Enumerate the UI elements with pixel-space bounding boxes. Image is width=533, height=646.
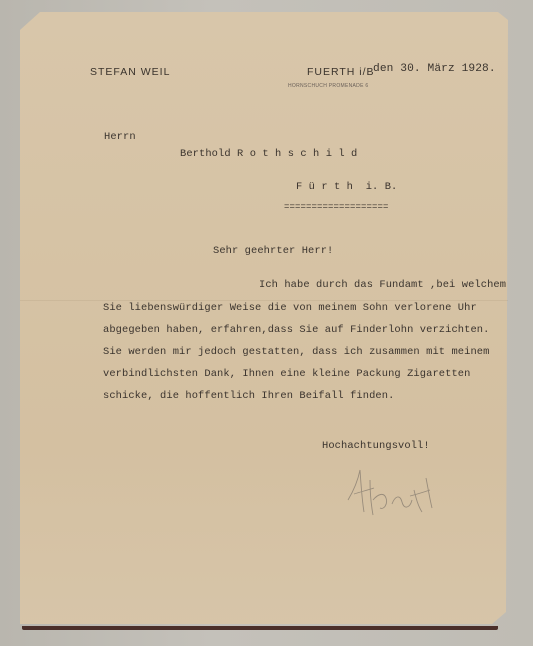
recipient-salutation: Herrn <box>104 131 136 143</box>
letterhead-address: HORNSCHUCH PROMENADE 6 <box>288 83 369 89</box>
body-line-4: Sie werden mir jedoch gestatten, dass ic… <box>103 346 489 358</box>
letter-date: den 30. März 1928. <box>373 63 496 75</box>
recipient-city: F ü r t h i. B. <box>296 181 397 193</box>
body-line-5: verbindlichsten Dank, Ihnen eine kleine … <box>103 368 470 380</box>
handwritten-signature-icon <box>340 460 440 520</box>
greeting: Sehr geehrter Herr! <box>213 245 333 257</box>
body-line-6: schicke, die hoffentlich Ihren Beifall f… <box>103 390 394 402</box>
paper-fold <box>20 300 508 301</box>
recipient-name: Berthold R o t h s c h i l d <box>180 148 357 160</box>
letterhead-city: FUERTH i/B <box>307 66 375 78</box>
body-line-1: Ich habe durch das Fundamt ,bei welchem <box>259 279 506 291</box>
body-line-3: abgegeben haben, erfahren,dass Sie auf F… <box>103 324 489 336</box>
closing: Hochachtungsvoll! <box>322 440 430 452</box>
paper-edge-shadow <box>22 626 498 630</box>
recipient-underline: =================== <box>284 202 389 212</box>
body-line-2: Sie liebenswürdiger Weise die von meinem… <box>103 302 477 314</box>
sender-name: STEFAN WEIL <box>90 66 170 78</box>
